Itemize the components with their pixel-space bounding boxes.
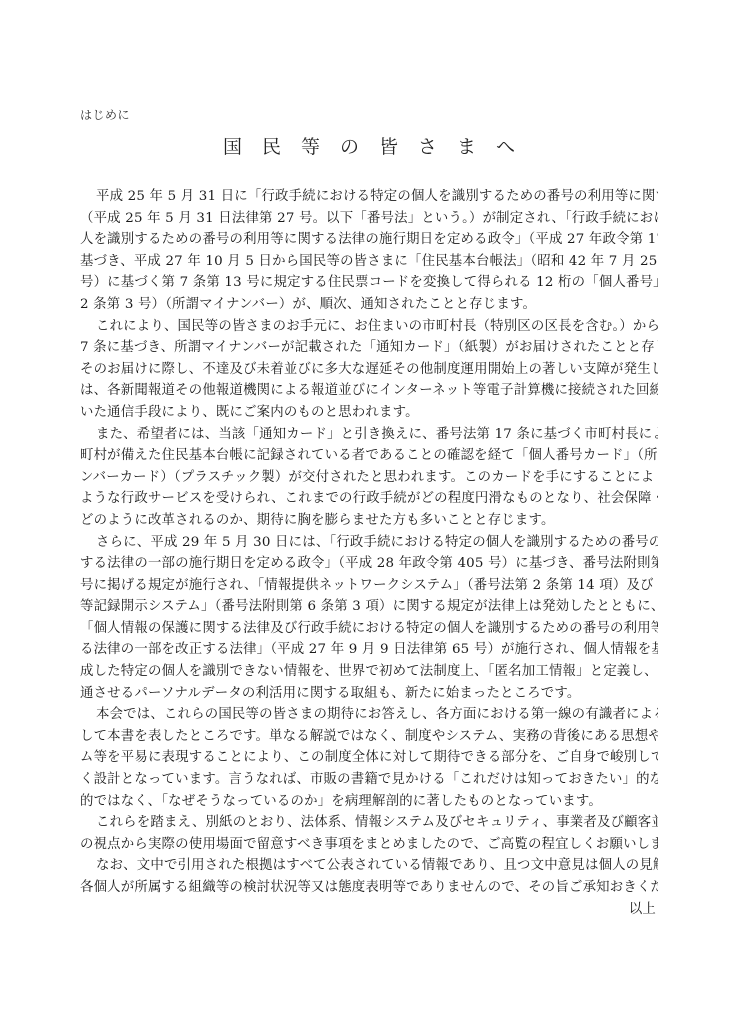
text-line: して本書を表したところです。単なる解説ではなく、制度やシステム、実務の背後にある… — [80, 726, 658, 748]
text-line: 号）に基づく第 7 条第 13 号に規定する住民票コードを変換して得られる 12… — [80, 272, 658, 294]
page-title: 国民等の皆さまへ — [80, 132, 658, 159]
text-line: する法律の一部の施行期日を定める政令」（平成 28 年政令第 405 号）に基づ… — [80, 553, 658, 575]
text-line: どのように改革されるのか、期待に胸を膨らませた方も多いことと存じます。 — [80, 510, 658, 532]
text-line: 町村が備えた住民基本台帳に記録されている者であることの確認を経て「個人番号カード… — [80, 445, 658, 467]
text-line: （平成 25 年 5 月 31 日法律第 27 号。以下「番号法」という。）が制… — [80, 208, 658, 230]
text-line: 基づき、平成 27 年 10 月 5 日から国民等の皆さまに「住民基本台帳法」（… — [80, 251, 658, 273]
closing-remark: 以上 — [80, 899, 658, 921]
text-line: 等記録開示システム」（番号法附則第 6 条第 3 項）に関する規定が法律上は発効… — [80, 596, 658, 618]
text-line: ンバーカード）（プラスチック製）が交付されたと思われます。このカードを手にするこ… — [80, 467, 658, 489]
paragraph: なお、文中で引用された根拠はすべて公表されている情報であり、且つ文中意見は個人の… — [80, 855, 658, 898]
text-line: 的ではなく、「なぜそうなっているのか」を病理解剖的に著したものとなっています。 — [80, 791, 658, 813]
text-line: の視点から実際の使用場面で留意すべき事項をまとめましたので、ご高覧の程宜しくお願… — [80, 834, 658, 856]
text-line: これにより、国民等の皆さまのお手元に、お住まいの市町村長（特別区の区長を含む。）… — [80, 316, 658, 338]
paragraph: また、希望者には、当該「通知カード」と引き換えに、番号法第 17 条に基づく市町… — [80, 424, 658, 532]
text-line: さらに、平成 29 年 5 月 30 日には、「行政手続における特定の個人を識別… — [80, 532, 658, 554]
text-line: く設計となっています。言うなれば、市販の書籍で見かける「これだけは知っておきたい… — [80, 769, 658, 791]
text-line: 2 条第 3 号）（所謂マイナンバー）が、順次、通知されたことと存じます。 — [80, 294, 658, 316]
paragraph: さらに、平成 29 年 5 月 30 日には、「行政手続における特定の個人を識別… — [80, 532, 658, 705]
text-line: 通させるパーソナルデータの利活用に関する取組も、新たに始まったところです。 — [80, 683, 658, 705]
text-line: また、希望者には、当該「通知カード」と引き換えに、番号法第 17 条に基づく市町… — [80, 424, 658, 446]
paragraph: 平成 25 年 5 月 31 日に「行政手続における特定の個人を識別するための番… — [80, 186, 658, 316]
body-text: 平成 25 年 5 月 31 日に「行政手続における特定の個人を識別するための番… — [80, 186, 658, 920]
text-line: そのお届けに際し、不達及び未着並びに多大な遅延その他制度運用開始上の著しい支障が… — [80, 359, 658, 381]
text-line: いた通信手段により、既にご案内のものと思われます。 — [80, 402, 658, 424]
text-line: ような行政サービスを受けられ、これまでの行政手続がどの程度円滑なものとなり、社会… — [80, 488, 658, 510]
section-label: はじめに — [80, 106, 130, 123]
text-line: 「個人情報の保護に関する法律及び行政手続における特定の個人を識別するための番号の… — [80, 618, 658, 640]
text-line: 本会では、これらの国民等の皆さまの期待にお答えし、各方面における第一線の有識者に… — [80, 704, 658, 726]
text-line: 7 条に基づき、所謂マイナンバーが記載された「通知カード」（紙製）がお届けされた… — [80, 337, 658, 359]
paragraph: これらを踏まえ、別紙のとおり、法体系、情報システム及びセキュリティ、事業者及び顧… — [80, 812, 658, 855]
text-line: 号に掲げる規定が施行され、「情報提供ネットワークシステム」（番号法第 2 条第 … — [80, 575, 658, 597]
paragraph: 本会では、これらの国民等の皆さまの期待にお答えし、各方面における第一線の有識者に… — [80, 704, 658, 812]
text-line: は、各新聞報道その他報道機関による報道並びにインターネット等電子計算機に接続され… — [80, 380, 658, 402]
text-line: なお、文中で引用された根拠はすべて公表されている情報であり、且つ文中意見は個人の… — [80, 855, 658, 877]
text-line: これらを踏まえ、別紙のとおり、法体系、情報システム及びセキュリティ、事業者及び顧… — [80, 812, 658, 834]
text-line: 各個人が所属する組織等の検討状況等又は態度表明等でありませんので、その旨ご承知お… — [80, 877, 658, 899]
text-line: る法律の一部を改正する法律」（平成 27 年 9 月 9 日法律第 65 号）が… — [80, 639, 658, 661]
text-line: 成した特定の個人を識別できない情報を、世界で初めて法制度上、「匿名加工情報」と定… — [80, 661, 658, 683]
text-line: ム等を平易に表現することにより、この制度全体に対して期待できる部分を、ご自身で峻… — [80, 747, 658, 769]
text-line: 人を識別するための番号の利用等に関する法律の施行期日を定める政令」（平成 27 … — [80, 229, 658, 251]
paragraph: これにより、国民等の皆さまのお手元に、お住まいの市町村長（特別区の区長を含む。）… — [80, 316, 658, 424]
text-line: 平成 25 年 5 月 31 日に「行政手続における特定の個人を識別するための番… — [80, 186, 658, 208]
